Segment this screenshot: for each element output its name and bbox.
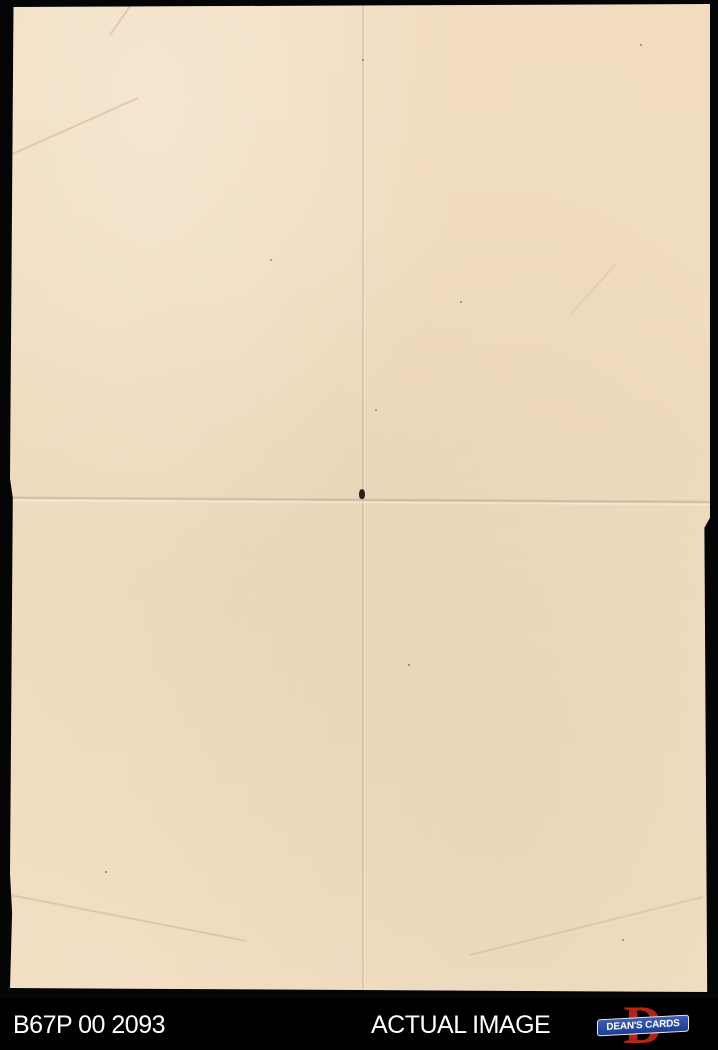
speck xyxy=(362,59,364,61)
paper-sheet xyxy=(10,4,710,992)
item-code: B67P 00 2093 xyxy=(13,1011,165,1040)
speck xyxy=(622,939,624,941)
logo-banner: DEAN'S CARDS xyxy=(597,1015,689,1037)
speck xyxy=(640,44,642,46)
speck xyxy=(270,259,272,261)
wrinkle xyxy=(109,0,145,36)
speck xyxy=(460,301,462,303)
wrinkle xyxy=(10,97,139,156)
footer-bar: B67P 00 2093 ACTUAL IMAGE D DEAN'S CARDS xyxy=(0,998,718,1050)
actual-image-label: ACTUAL IMAGE xyxy=(371,1011,550,1040)
speck xyxy=(408,664,410,666)
pinhole xyxy=(359,489,365,499)
speck xyxy=(105,871,107,873)
wrinkle xyxy=(10,894,246,942)
wrinkle xyxy=(569,262,617,315)
scan-area xyxy=(0,0,718,998)
speck xyxy=(375,409,377,411)
deans-cards-logo: D DEAN'S CARDS xyxy=(597,1002,689,1048)
wrinkle xyxy=(470,896,703,956)
